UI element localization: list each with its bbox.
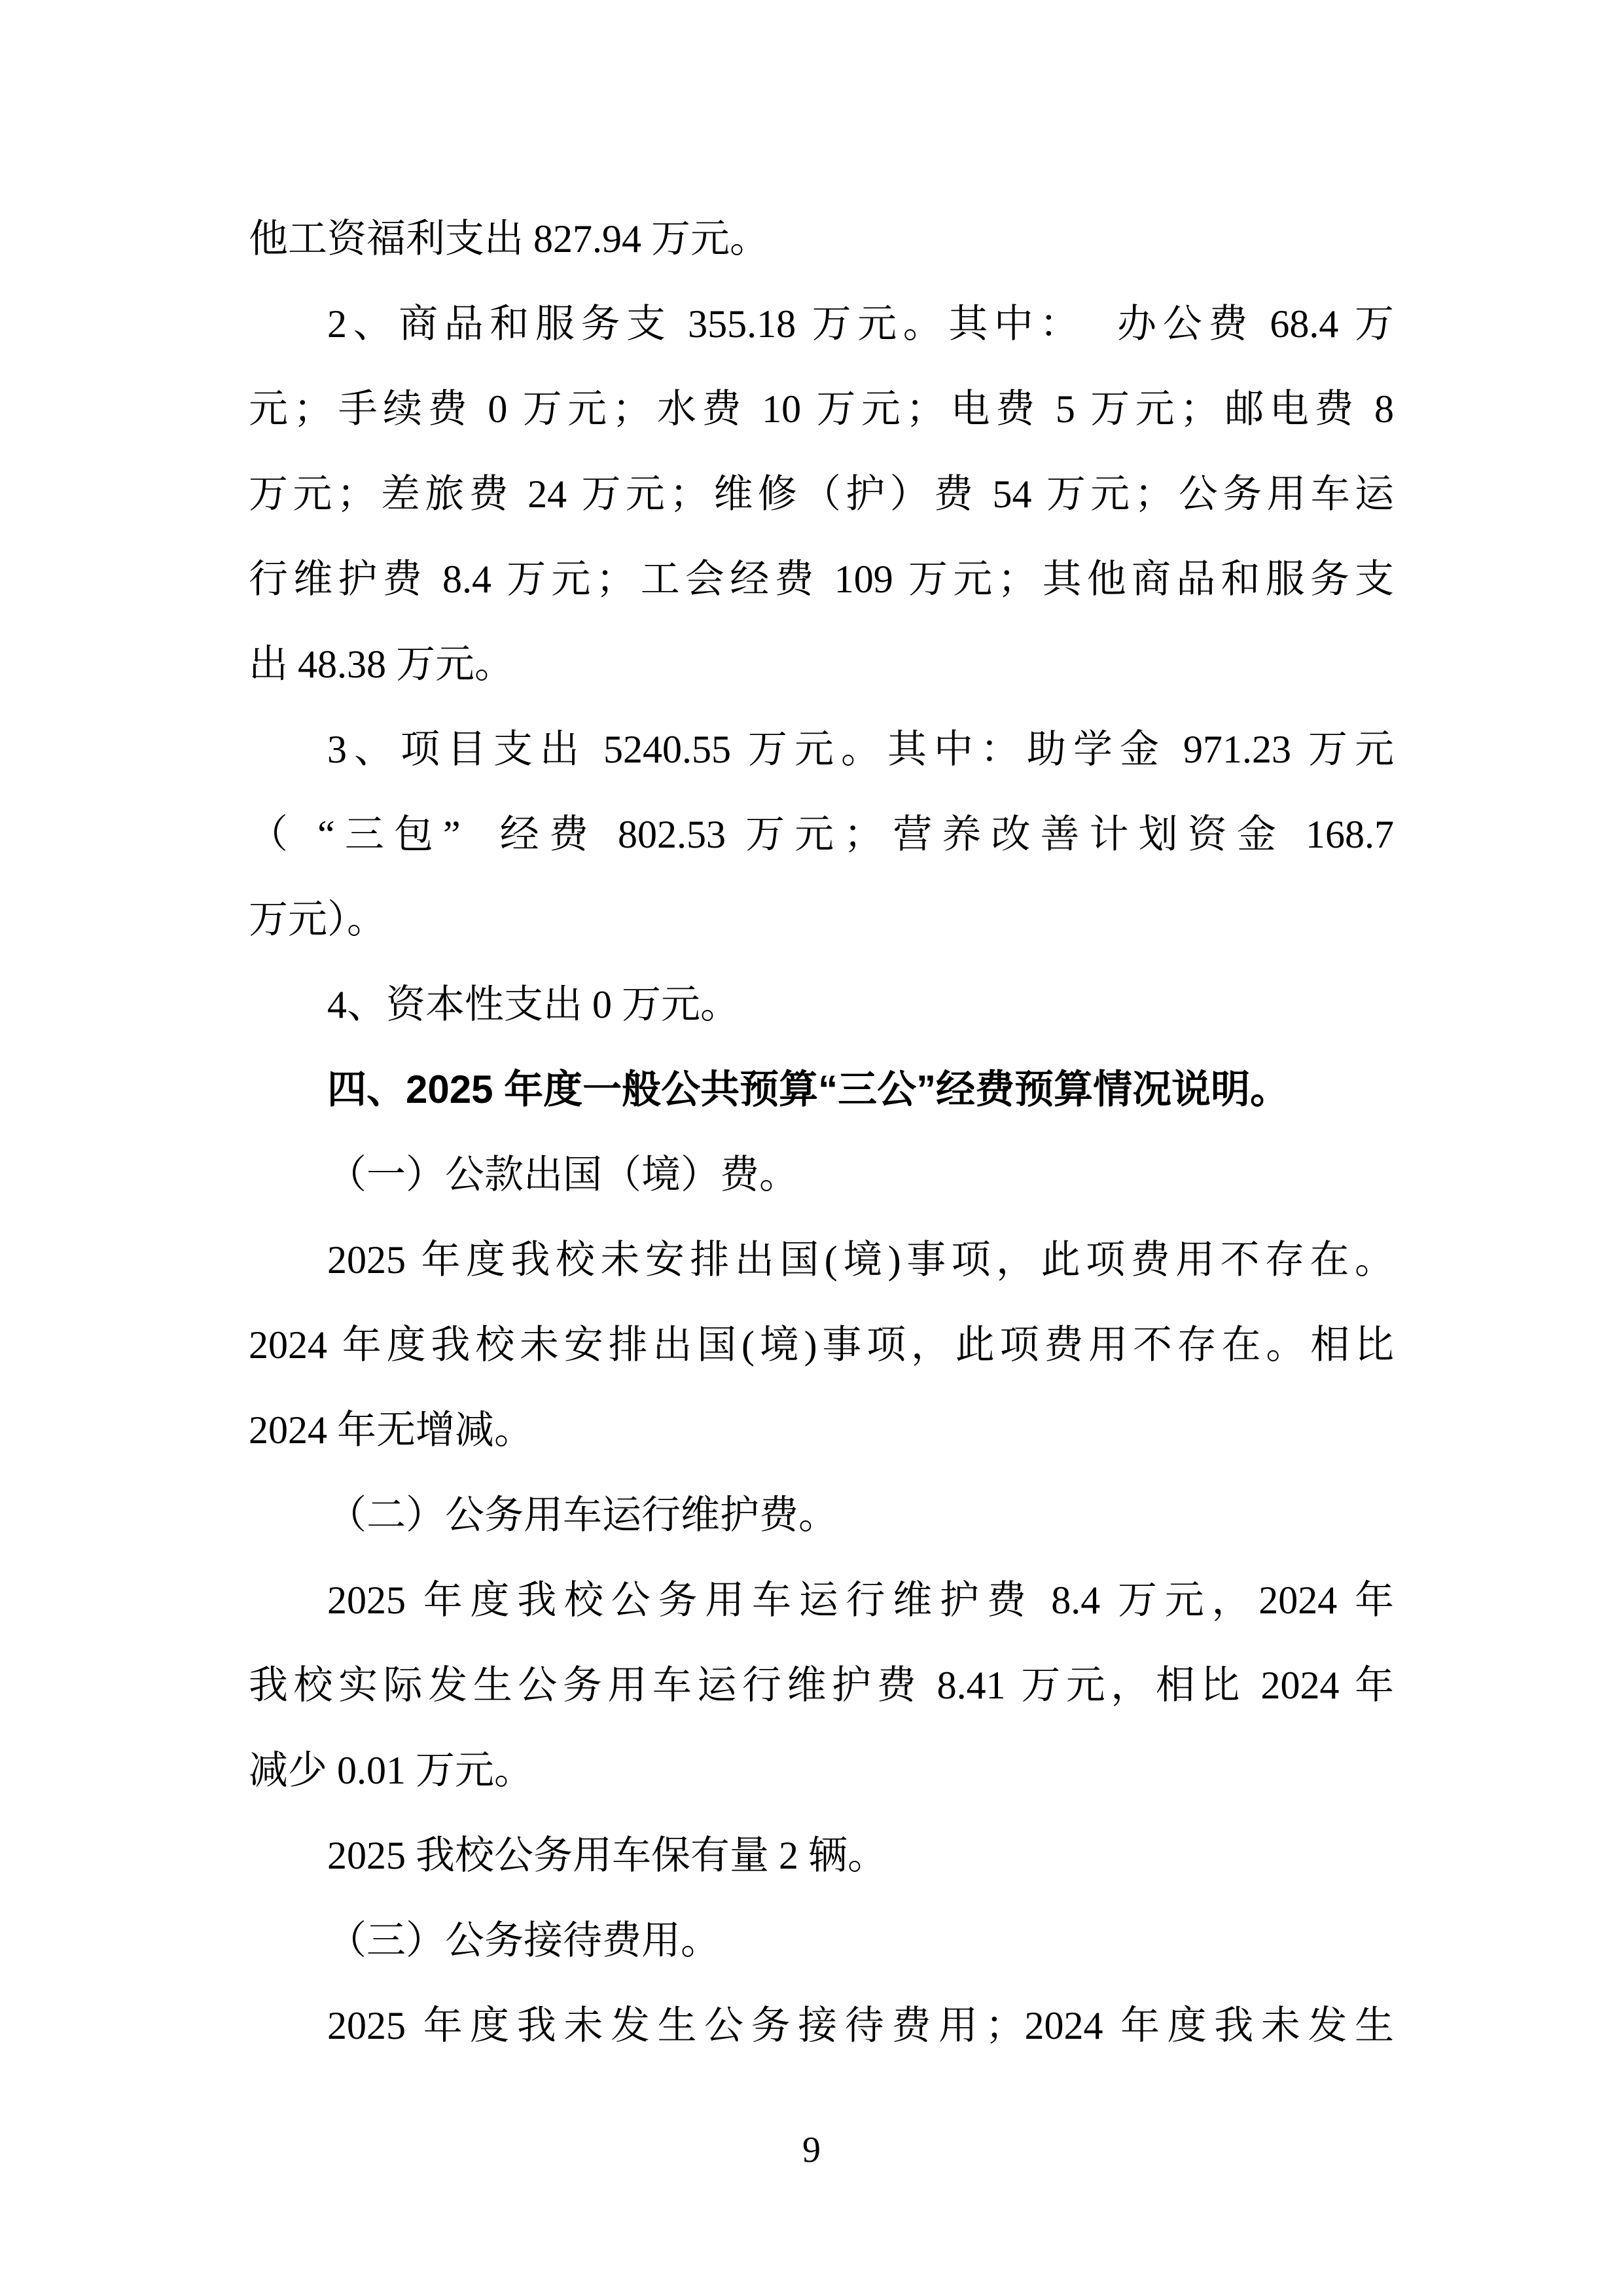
document-body: 他工资福利支出 827.94 万元。2、商品和服务支 355.18 万元。其中：… [249,196,1394,2068]
document-line: 行维护费 8.4 万元；工会经费 109 万元；其他商品和服务支 [249,537,1394,622]
document-line: 2、商品和服务支 355.18 万元。其中： 办公费 68.4 万 [249,281,1394,367]
document-line: 2025 年度我未发生公务接待费用；2024 年度我未发生 [249,1983,1394,2068]
document-line: （ “三包” 经费 802.53 万元；营养改善计划资金 168.7 [249,792,1394,877]
document-line: 2024 年度我校未安排出国(境)事项，此项费用不存在。相比 [249,1302,1394,1388]
document-line: 他工资福利支出 827.94 万元。 [249,196,1394,281]
document-line: 2025 年度我校公务用车运行维护费 8.4 万元，2024 年 [249,1558,1394,1643]
document-line: 减少 0.01 万元。 [249,1728,1394,1813]
document-line: 四、2025 年度一般公共预算“三公”经费预算情况说明。 [249,1047,1394,1132]
document-line: 出 48.38 万元。 [249,622,1394,707]
document-line: 2025 年度我校未安排出国(境)事项，此项费用不存在。 [249,1217,1394,1302]
document-line: （二）公务用车运行维护费。 [249,1473,1394,1558]
page-number: 9 [0,2121,1623,2179]
document-line: （三）公务接待费用。 [249,1898,1394,1983]
document-line: 万元；差旅费 24 万元；维修（护）费 54 万元；公务用车运 [249,452,1394,537]
document-line: （一）公款出国（境）费。 [249,1132,1394,1217]
document-line: 万元）。 [249,877,1394,962]
document-line: 2025 我校公务用车保有量 2 辆。 [249,1813,1394,1898]
document-line: 4、资本性支出 0 万元。 [249,962,1394,1047]
document-line: 2024 年无增减。 [249,1388,1394,1473]
document-page: 他工资福利支出 827.94 万元。2、商品和服务支 355.18 万元。其中：… [0,0,1623,2296]
document-line: 3、项目支出 5240.55 万元。其中：助学金 971.23 万元 [249,707,1394,792]
document-line: 元；手续费 0 万元；水费 10 万元；电费 5 万元；邮电费 8 [249,367,1394,452]
document-line: 我校实际发生公务用车运行维护费 8.41 万元，相比 2024 年 [249,1643,1394,1728]
